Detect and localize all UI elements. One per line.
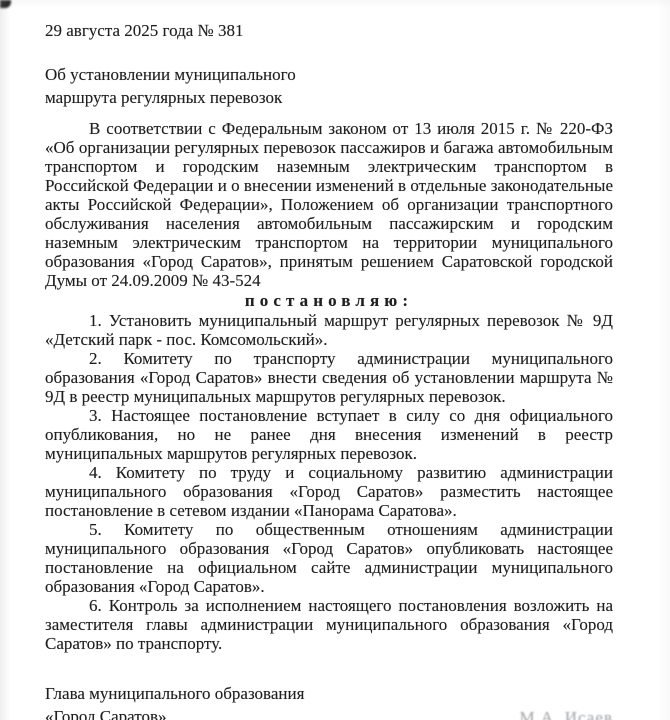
document-title: Об установлении муниципального маршрута … [45, 63, 613, 109]
document-page: 29 августа 2025 года № 381 Об установлен… [0, 0, 670, 720]
signature-block: Глава муниципального образования «Город … [45, 682, 613, 720]
signature-title: Глава муниципального образования «Город … [45, 682, 304, 720]
preamble-paragraph: В соответствии с Федеральным законом от … [45, 119, 613, 290]
ordered-item-1: 1. Установить муниципальный маршрут регу… [45, 311, 613, 349]
document-title-line-2: маршрута регулярных перевозок [45, 86, 613, 109]
signature-title-line-1: Глава муниципального образования [45, 682, 304, 705]
document-title-line-1: Об установлении муниципального [45, 63, 613, 86]
scanned-decree-screenshot: { "page": { "date_line": "29 августа 202… [0, 0, 670, 720]
ordered-item-5: 5. Комитету по общественным отношениям а… [45, 520, 613, 596]
signature-title-line-2: «Город Саратов» [45, 705, 304, 720]
ordered-item-6: 6. Контроль за исполнением настоящего по… [45, 596, 613, 653]
date-number-line: 29 августа 2025 года № 381 [45, 21, 613, 40]
ordered-item-3: 3. Настоящее постановление вступает в си… [45, 406, 613, 463]
signature-name: М.А. Исаев [520, 708, 614, 720]
ordered-item-2: 2. Комитету по транспорту администрации … [45, 349, 613, 406]
ordered-item-4: 4. Комитету по труду и социальному разви… [45, 463, 613, 520]
resolution-word: постановляю: [45, 290, 613, 311]
